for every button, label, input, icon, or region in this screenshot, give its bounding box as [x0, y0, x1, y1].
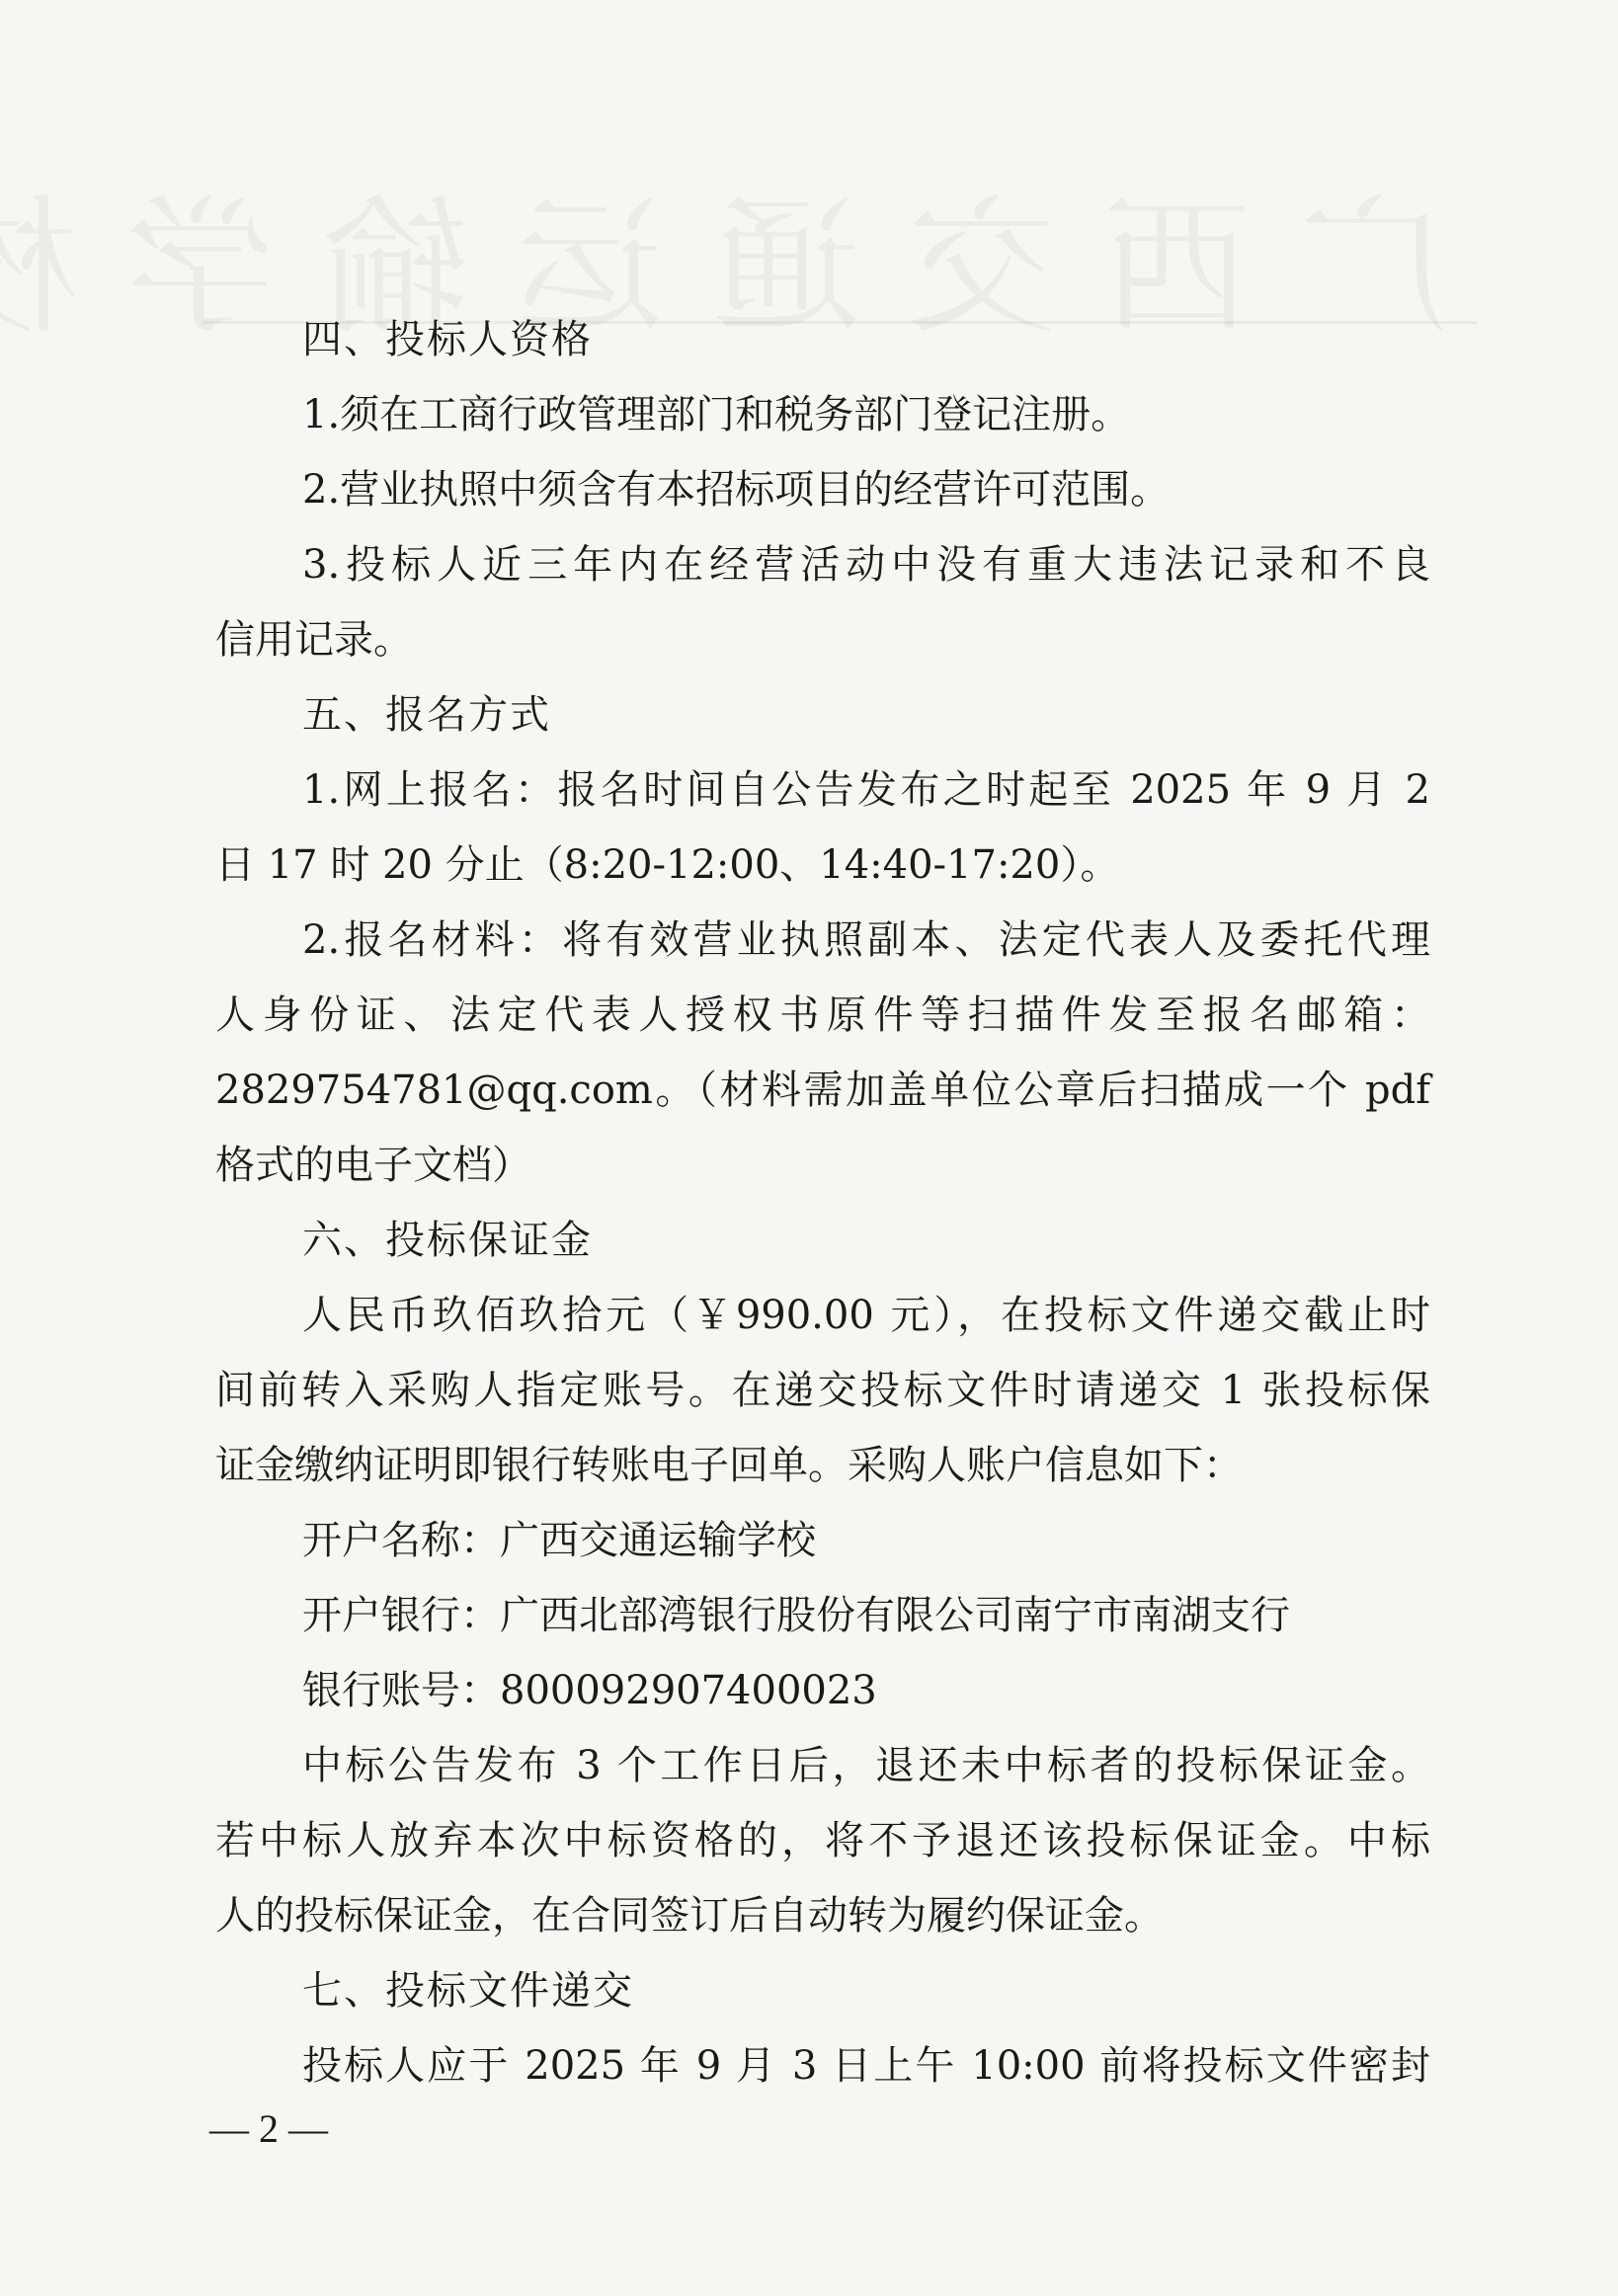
paragraph-line: 间前转入采购人指定账号。在递交投标文件时请递交 1 张投标保	[215, 1353, 1430, 1428]
paragraph-line: 人民币玖佰玖拾元（￥990.00 元），在投标文件递交截止时	[215, 1278, 1430, 1353]
paragraph-line: 信用记录。	[215, 602, 1430, 677]
paragraph-line-email: 2829754781@qq.com。（材料需加盖单位公章后扫描成一个 pdf	[215, 1053, 1430, 1128]
section-bid-submission: 七、投标文件递交 投标人应于 2025 年 9 月 3 日上午 10:00 前将…	[215, 1953, 1430, 2103]
paragraph-line: 2.营业执照中须含有本招标项目的经营许可范围。	[215, 452, 1430, 527]
paragraph-line: 证金缴纳证明即银行转账电子回单。采购人账户信息如下：	[215, 1428, 1430, 1503]
paragraph-line: 中标公告发布 3 个工作日后，退还未中标者的投标保证金。	[215, 1728, 1430, 1803]
paragraph-line: 3.投标人近三年内在经营活动中没有重大违法记录和不良	[215, 527, 1430, 602]
section-heading: 四、投标人资格	[215, 302, 1430, 377]
document-page: 广西交通运输学校 四、投标人资格 1.须在工商行政管理部门和税务部门登记注册。 …	[0, 0, 1618, 2296]
paragraph-line: 2.报名材料：将有效营业执照副本、法定代表人及委托代理	[215, 903, 1430, 978]
paragraph-line: 日 17 时 20 分止（8:20-12:00、14:40-17:20）。	[215, 828, 1430, 903]
paragraph-line: 1.须在工商行政管理部门和税务部门登记注册。	[215, 377, 1430, 452]
section-heading: 五、报名方式	[215, 677, 1430, 752]
section-bidder-qualification: 四、投标人资格 1.须在工商行政管理部门和税务部门登记注册。 2.营业执照中须含…	[215, 302, 1430, 677]
paragraph-line: 投标人应于 2025 年 9 月 3 日上午 10:00 前将投标文件密封	[215, 2028, 1430, 2103]
section-registration-method: 五、报名方式 1.网上报名：报名时间自公告发布之时起至 2025 年 9 月 2…	[215, 677, 1430, 1203]
paragraph-line: 格式的电子文档）	[215, 1128, 1430, 1203]
section-heading: 七、投标文件递交	[215, 1953, 1430, 2028]
paragraph-line: 若中标人放弃本次中标资格的，将不予退还该投标保证金。中标	[215, 1803, 1430, 1878]
paragraph-line: 人的投标保证金，在合同签订后自动转为履约保证金。	[215, 1878, 1430, 1953]
paragraph-line: 1.网上报名：报名时间自公告发布之时起至 2025 年 9 月 2	[215, 752, 1430, 828]
section-heading: 六、投标保证金	[215, 1203, 1430, 1278]
document-body: 四、投标人资格 1.须在工商行政管理部门和税务部门登记注册。 2.营业执照中须含…	[215, 302, 1430, 2103]
paragraph-line: 人身份证、法定代表人授权书原件等扫描件发至报名邮箱：	[215, 978, 1430, 1053]
section-bid-deposit: 六、投标保证金 人民币玖佰玖拾元（￥990.00 元），在投标文件递交截止时 间…	[215, 1203, 1430, 1953]
account-number-line: 银行账号：800092907400023	[215, 1653, 1430, 1728]
account-name-line: 开户名称：广西交通运输学校	[215, 1503, 1430, 1578]
account-bank-line: 开户银行：广西北部湾银行股份有限公司南宁市南湖支行	[215, 1578, 1430, 1653]
page-number: — 2 —	[209, 2105, 328, 2152]
